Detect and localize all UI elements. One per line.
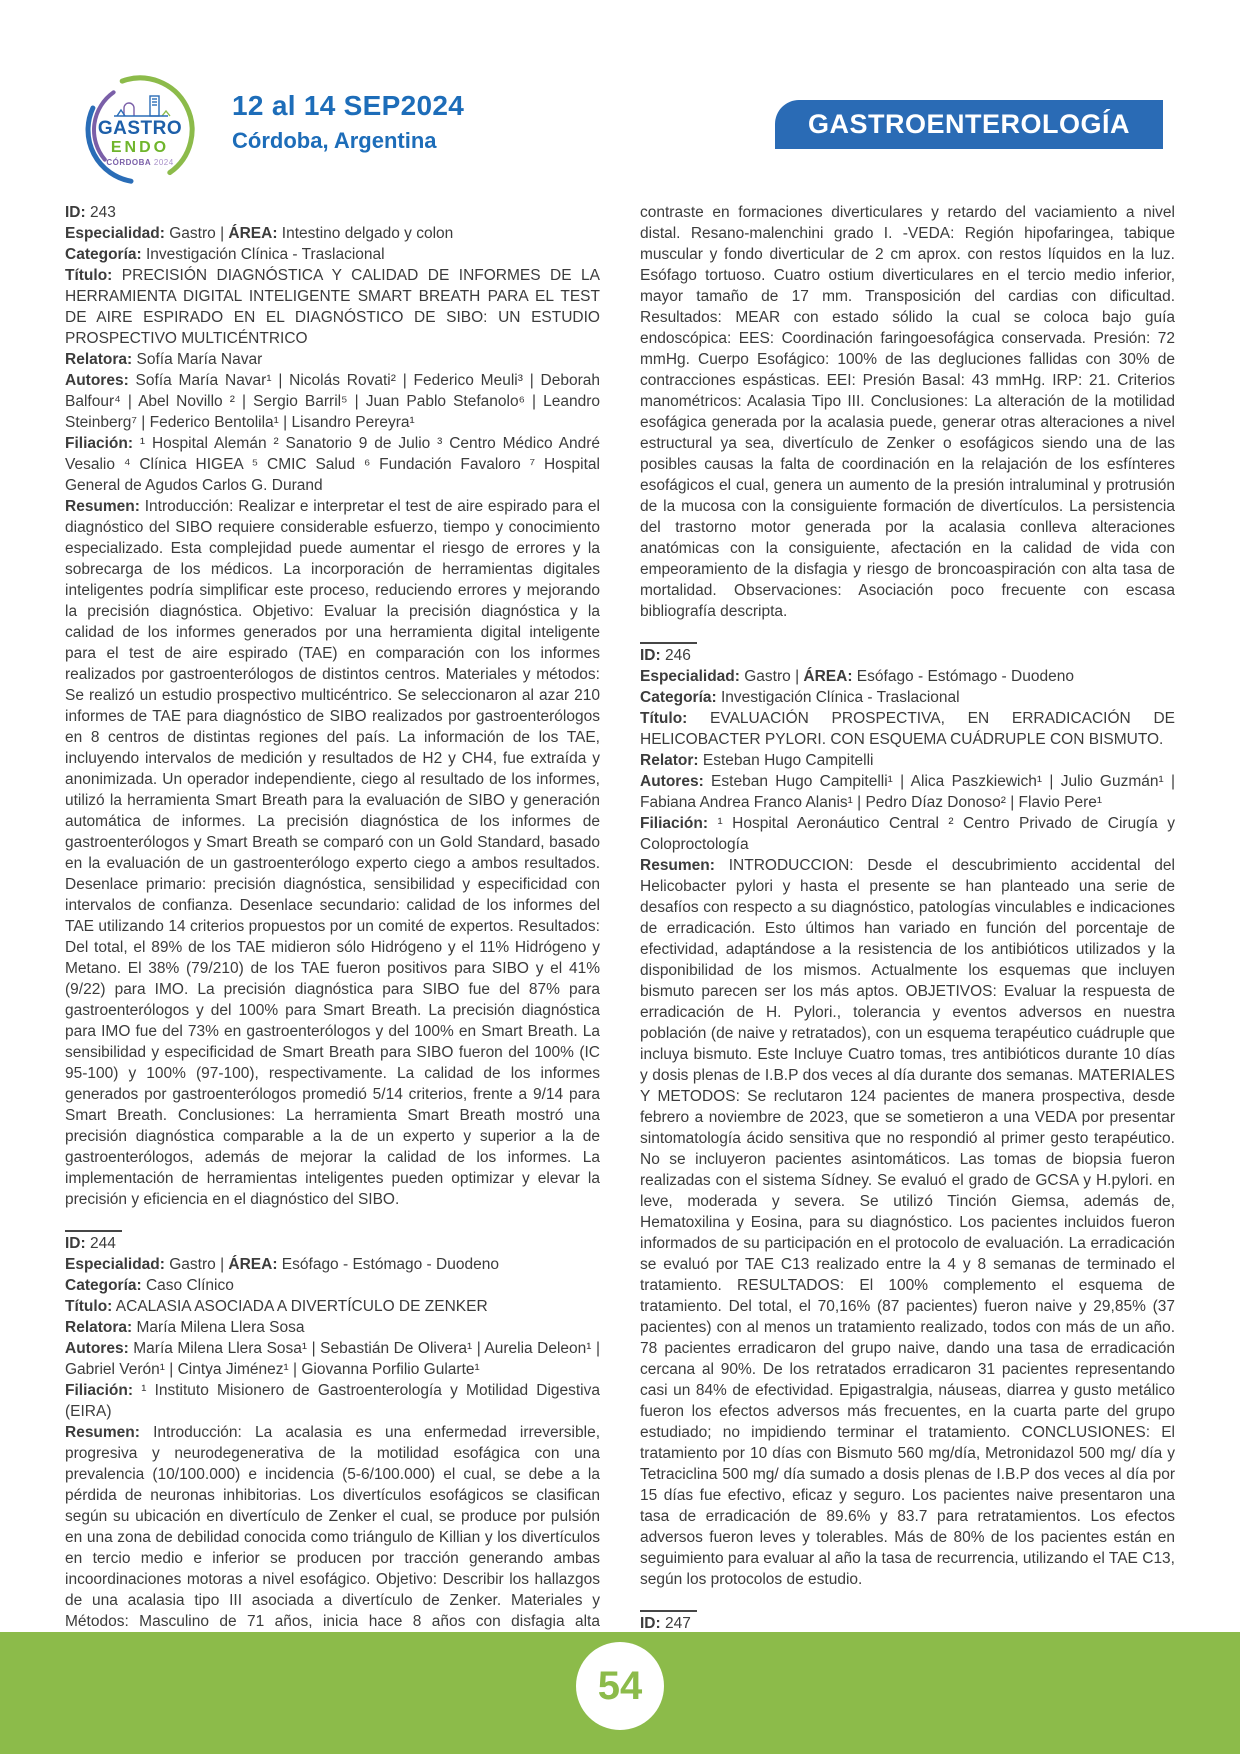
abstract-paragraph: Filiación: ¹ Instituto Misionero de Gast… bbox=[65, 1380, 600, 1422]
field-label: ÁREA: bbox=[228, 1256, 277, 1273]
field-text: 247 bbox=[661, 1615, 691, 1632]
field-label: ÁREA: bbox=[803, 668, 852, 685]
field-label: Autores: bbox=[65, 1340, 129, 1357]
field-text: ¹ Hospital Alemán ² Sanatorio 9 de Julio… bbox=[65, 435, 600, 494]
field-label: ID: bbox=[640, 1615, 661, 1632]
field-text: INTRODUCCION: Desde el descubrimiento ac… bbox=[640, 857, 1175, 1588]
field-text: Esteban Hugo Campitelli bbox=[699, 752, 874, 769]
field-label: Filiación: bbox=[65, 1382, 133, 1399]
page-number-badge: 54 bbox=[576, 1642, 664, 1730]
field-text: ¹ Instituto Misionero de Gastroenterolog… bbox=[65, 1382, 600, 1420]
event-info: 12 al 14 SEP2024 Córdoba, Argentina bbox=[232, 90, 464, 154]
field-label: Autores: bbox=[640, 773, 704, 790]
field-text: Gastro | bbox=[165, 225, 228, 242]
logo-word-gastro: GASTRO bbox=[98, 119, 182, 138]
abstract-paragraph: Especialidad: Gastro | ÁREA: Esófago - E… bbox=[640, 666, 1175, 687]
field-text: María Milena Llera Sosa¹ | Sebastián De … bbox=[65, 1340, 600, 1378]
field-label: Relator: bbox=[640, 752, 699, 769]
abstract-paragraph: Autores: María Milena Llera Sosa¹ | Seba… bbox=[65, 1338, 600, 1380]
abstract-paragraph: Resumen: Introducción: La acalasia es un… bbox=[65, 1422, 600, 1632]
abstract-paragraph: ID: 243 bbox=[65, 202, 600, 223]
field-text: Gastro | bbox=[165, 1256, 228, 1273]
field-label: Título: bbox=[640, 710, 687, 727]
field-text: Investigación Clínica - Traslacional bbox=[717, 689, 960, 706]
field-text: Caso Clínico bbox=[142, 1277, 234, 1294]
field-label: ID: bbox=[65, 204, 86, 221]
field-label: Filiación: bbox=[640, 815, 708, 832]
abstract-paragraph: Resumen: Introducción: Realizar e interp… bbox=[65, 496, 600, 1210]
abstract-paragraph: Autores: Esteban Hugo Campitelli¹ | Alic… bbox=[640, 771, 1175, 813]
field-label: Relatora: bbox=[65, 351, 132, 368]
right-column: contraste en formaciones diverticulares … bbox=[640, 202, 1175, 1632]
abstract-paragraph: ID: 246 bbox=[640, 645, 1175, 666]
field-label: Especialidad: bbox=[65, 225, 165, 242]
section-separator bbox=[640, 631, 697, 644]
section-separator bbox=[640, 1599, 697, 1612]
abstract-paragraph: Título: ACALASIA ASOCIADA A DIVERTÍCULO … bbox=[65, 1296, 600, 1317]
field-text: Esteban Hugo Campitelli¹ | Alica Paszkie… bbox=[640, 773, 1175, 811]
event-date: 12 al 14 SEP2024 bbox=[232, 90, 464, 122]
left-column: ID: 243Especialidad: Gastro | ÁREA: Inte… bbox=[65, 202, 600, 1632]
abstract-paragraph: Especialidad: Gastro | ÁREA: Esófago - E… bbox=[65, 1254, 600, 1275]
field-label: Resumen: bbox=[65, 1424, 140, 1441]
field-text: Investigación Clínica - Traslacional bbox=[142, 246, 385, 263]
footer-band: 54 bbox=[0, 1632, 1240, 1754]
abstract-paragraph: ID: 247 bbox=[640, 1613, 1175, 1632]
field-label: Especialidad: bbox=[65, 1256, 165, 1273]
field-label: ID: bbox=[65, 1235, 86, 1252]
abstract-paragraph: Relatora: María Milena Llera Sosa bbox=[65, 1317, 600, 1338]
field-label: Categoría: bbox=[65, 1277, 142, 1294]
logo-word-endo: ENDO bbox=[111, 140, 169, 156]
field-text: Sofía María Navar¹ | Nicolás Rovati² | F… bbox=[65, 372, 600, 431]
abstract-columns: ID: 243Especialidad: Gastro | ÁREA: Inte… bbox=[0, 202, 1240, 1632]
field-text: 243 bbox=[86, 204, 116, 221]
logo-text: GASTRO ENDO CÓRDOBA 2024 bbox=[84, 74, 196, 186]
field-text: 244 bbox=[86, 1235, 116, 1252]
field-label: Categoría: bbox=[640, 689, 717, 706]
abstract-paragraph: Categoría: Investigación Clínica - Trasl… bbox=[65, 244, 600, 265]
field-text: PRECISIÓN DIAGNÓSTICA Y CALIDAD DE INFOR… bbox=[65, 267, 600, 347]
section-banner: GASTROENTEROLOGÍA bbox=[775, 100, 1163, 149]
abstract-paragraph: Filiación: ¹ Hospital Alemán ² Sanatorio… bbox=[65, 433, 600, 496]
field-text: ACALASIA ASOCIADA A DIVERTÍCULO DE ZENKE… bbox=[112, 1298, 487, 1315]
field-label: Autores: bbox=[65, 372, 129, 389]
abstract-paragraph: Categoría: Caso Clínico bbox=[65, 1275, 600, 1296]
field-label: Resumen: bbox=[65, 498, 140, 515]
abstract-paragraph: contraste en formaciones diverticulares … bbox=[640, 202, 1175, 622]
field-text: contraste en formaciones diverticulares … bbox=[640, 204, 1175, 620]
abstract-paragraph: Resumen: INTRODUCCION: Desde el descubri… bbox=[640, 855, 1175, 1590]
logo-word-cordoba: CÓRDOBA 2024 bbox=[106, 159, 173, 167]
abstract-paragraph: Título: EVALUACIÓN PROSPECTIVA, EN ERRAD… bbox=[640, 708, 1175, 750]
field-text: María Milena Llera Sosa bbox=[132, 1319, 304, 1336]
abstract-paragraph: Relatora: Sofía María Navar bbox=[65, 349, 600, 370]
field-text: Esófago - Estómago - Duodeno bbox=[853, 668, 1074, 685]
abstract-paragraph: Relator: Esteban Hugo Campitelli bbox=[640, 750, 1175, 771]
field-label: Título: bbox=[65, 267, 112, 284]
field-label: Título: bbox=[65, 1298, 112, 1315]
page-number: 54 bbox=[598, 1664, 643, 1709]
abstract-paragraph: ID: 244 bbox=[65, 1233, 600, 1254]
field-text: ¹ Hospital Aeronáutico Central ² Centro … bbox=[640, 815, 1175, 853]
field-text: EVALUACIÓN PROSPECTIVA, EN ERRADICACIÓN … bbox=[640, 710, 1175, 748]
abstract-paragraph: Categoría: Investigación Clínica - Trasl… bbox=[640, 687, 1175, 708]
congress-logo: GASTRO ENDO CÓRDOBA 2024 bbox=[84, 74, 196, 186]
field-label: Categoría: bbox=[65, 246, 142, 263]
abstract-book-page: GASTRO ENDO CÓRDOBA 2024 12 al 14 SEP202… bbox=[0, 0, 1240, 1754]
field-text: Intestino delgado y colon bbox=[278, 225, 454, 242]
event-location: Córdoba, Argentina bbox=[232, 128, 464, 154]
field-label: Resumen: bbox=[640, 857, 715, 874]
abstract-paragraph: Autores: Sofía María Navar¹ | Nicolás Ro… bbox=[65, 370, 600, 433]
field-label: Relatora: bbox=[65, 1319, 132, 1336]
field-label: ÁREA: bbox=[228, 225, 277, 242]
field-text: Introducción: La acalasia es una enferme… bbox=[65, 1424, 600, 1632]
field-label: Especialidad: bbox=[640, 668, 740, 685]
field-label: Filiación: bbox=[65, 435, 133, 452]
field-text: Sofía María Navar bbox=[132, 351, 262, 368]
abstract-paragraph: Especialidad: Gastro | ÁREA: Intestino d… bbox=[65, 223, 600, 244]
field-text: Esófago - Estómago - Duodeno bbox=[278, 1256, 499, 1273]
field-text: Gastro | bbox=[740, 668, 803, 685]
field-text: 246 bbox=[661, 647, 691, 664]
abstract-paragraph: Filiación: ¹ Hospital Aeronáutico Centra… bbox=[640, 813, 1175, 855]
section-separator bbox=[65, 1219, 122, 1232]
abstract-paragraph: Título: PRECISIÓN DIAGNÓSTICA Y CALIDAD … bbox=[65, 265, 600, 349]
field-text: Introducción: Realizar e interpretar el … bbox=[65, 498, 600, 1208]
page-header: GASTRO ENDO CÓRDOBA 2024 12 al 14 SEP202… bbox=[0, 0, 1240, 202]
field-label: ID: bbox=[640, 647, 661, 664]
